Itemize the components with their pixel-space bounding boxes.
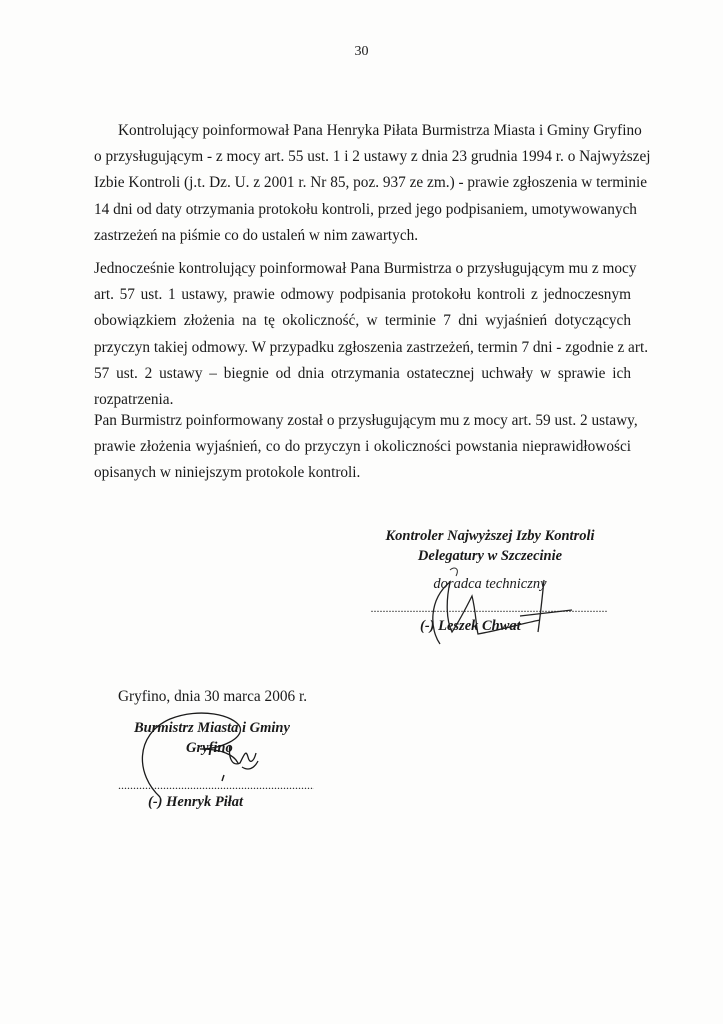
text-line: o przysługującym - z mocy art. 55 ust. 1… [94,144,631,170]
mayor-name: (-) Henryk Piłat [148,794,243,811]
text-line: prawie złożenia wyjaśnień, co do przyczy… [94,434,631,460]
mayor-title: Burmistrz Miasta i Gminy [134,720,290,737]
text-line: Jednocześnie kontrolujący poinformował P… [94,256,631,282]
signature-line: ........................................… [118,778,314,793]
text-line: art. 57 ust. 1 ustawy, prawie odmowy pod… [94,282,631,308]
place-and-date: Gryfino, dnia 30 marca 2006 r. [118,688,307,706]
paragraph-right-to-refuse: Jednocześnie kontrolujący poinformował P… [94,256,631,413]
mayor-municipality: Gryfino [186,740,233,757]
text-line: opisanych w niniejszym protokole kontrol… [94,460,631,486]
text-line: Pan Burmistrz poinformowany został o prz… [94,408,631,434]
text-line: zastrzeżeń na piśmie co do ustaleń w nim… [94,223,631,249]
text-line: przyczyn takiej odmowy. W przypadku zgło… [94,335,631,361]
text-line: Izbie Kontroli (j.t. Dz. U. z 2001 r. Nr… [94,170,631,196]
paragraph-right-to-explain: Pan Burmistrz poinformowany został o prz… [94,408,631,487]
signature-line: ........................................… [370,601,608,616]
text-line: 57 ust. 2 ustawy – biegnie od dnia otrzy… [94,361,631,387]
controller-name: (-) Leszek Chwat [420,618,521,635]
text-line: Kontrolujący poinformował Pana Henryka P… [94,118,631,144]
controller-signature-block: Kontroler Najwyższej Izby Kontroli Deleg… [360,526,620,594]
controller-role: doradca techniczny [360,574,620,594]
controller-title: Kontroler Najwyższej Izby Kontroli [360,526,620,546]
text-line: obowiązkiem złożenia na tę okoliczność, … [94,308,631,334]
page-number: 30 [0,44,723,60]
controller-office: Delegatury w Szczecinie [360,546,620,566]
text-line: 14 dni od daty otrzymania protokołu kont… [94,197,631,223]
paragraph-right-to-objections: Kontrolujący poinformował Pana Henryka P… [94,118,631,249]
